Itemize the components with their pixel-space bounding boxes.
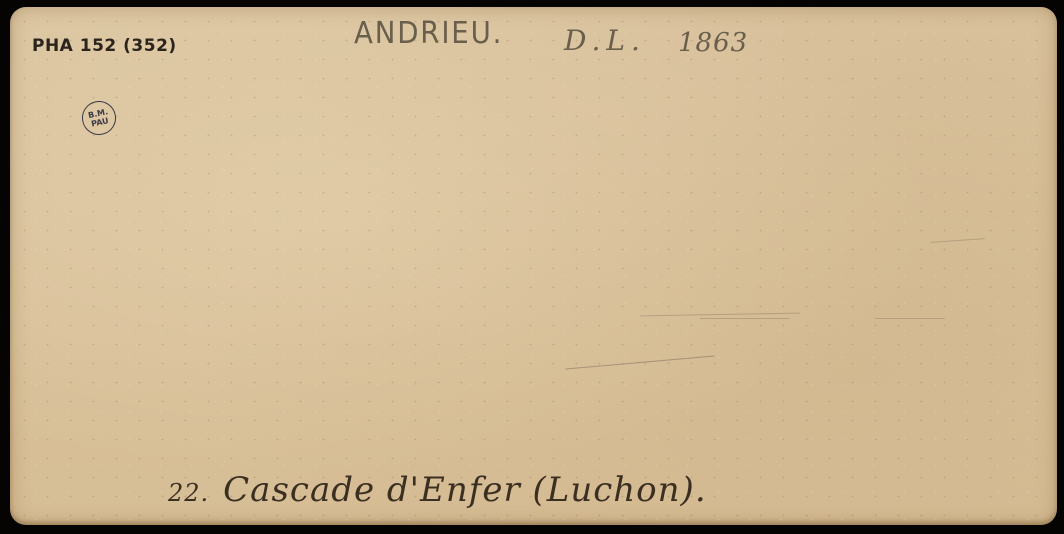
caption-title: Cascade d'Enfer (Luchon). xyxy=(223,470,706,510)
pencil-scratch xyxy=(700,318,790,319)
stamp-line-2: PAU xyxy=(90,116,109,128)
photographer-name: ANDRIEU. xyxy=(354,16,503,51)
handwritten-caption: 22.Cascade d'Enfer (Luchon). xyxy=(168,470,707,510)
catalog-number: PHA 152 (352) xyxy=(32,36,177,56)
stereoview-card-verso xyxy=(10,7,1057,525)
legal-deposit-mark: D.L. xyxy=(564,24,646,57)
year-annotation: 1863 xyxy=(678,28,748,58)
caption-number: 22. xyxy=(168,479,209,507)
pencil-scratch xyxy=(875,318,945,319)
